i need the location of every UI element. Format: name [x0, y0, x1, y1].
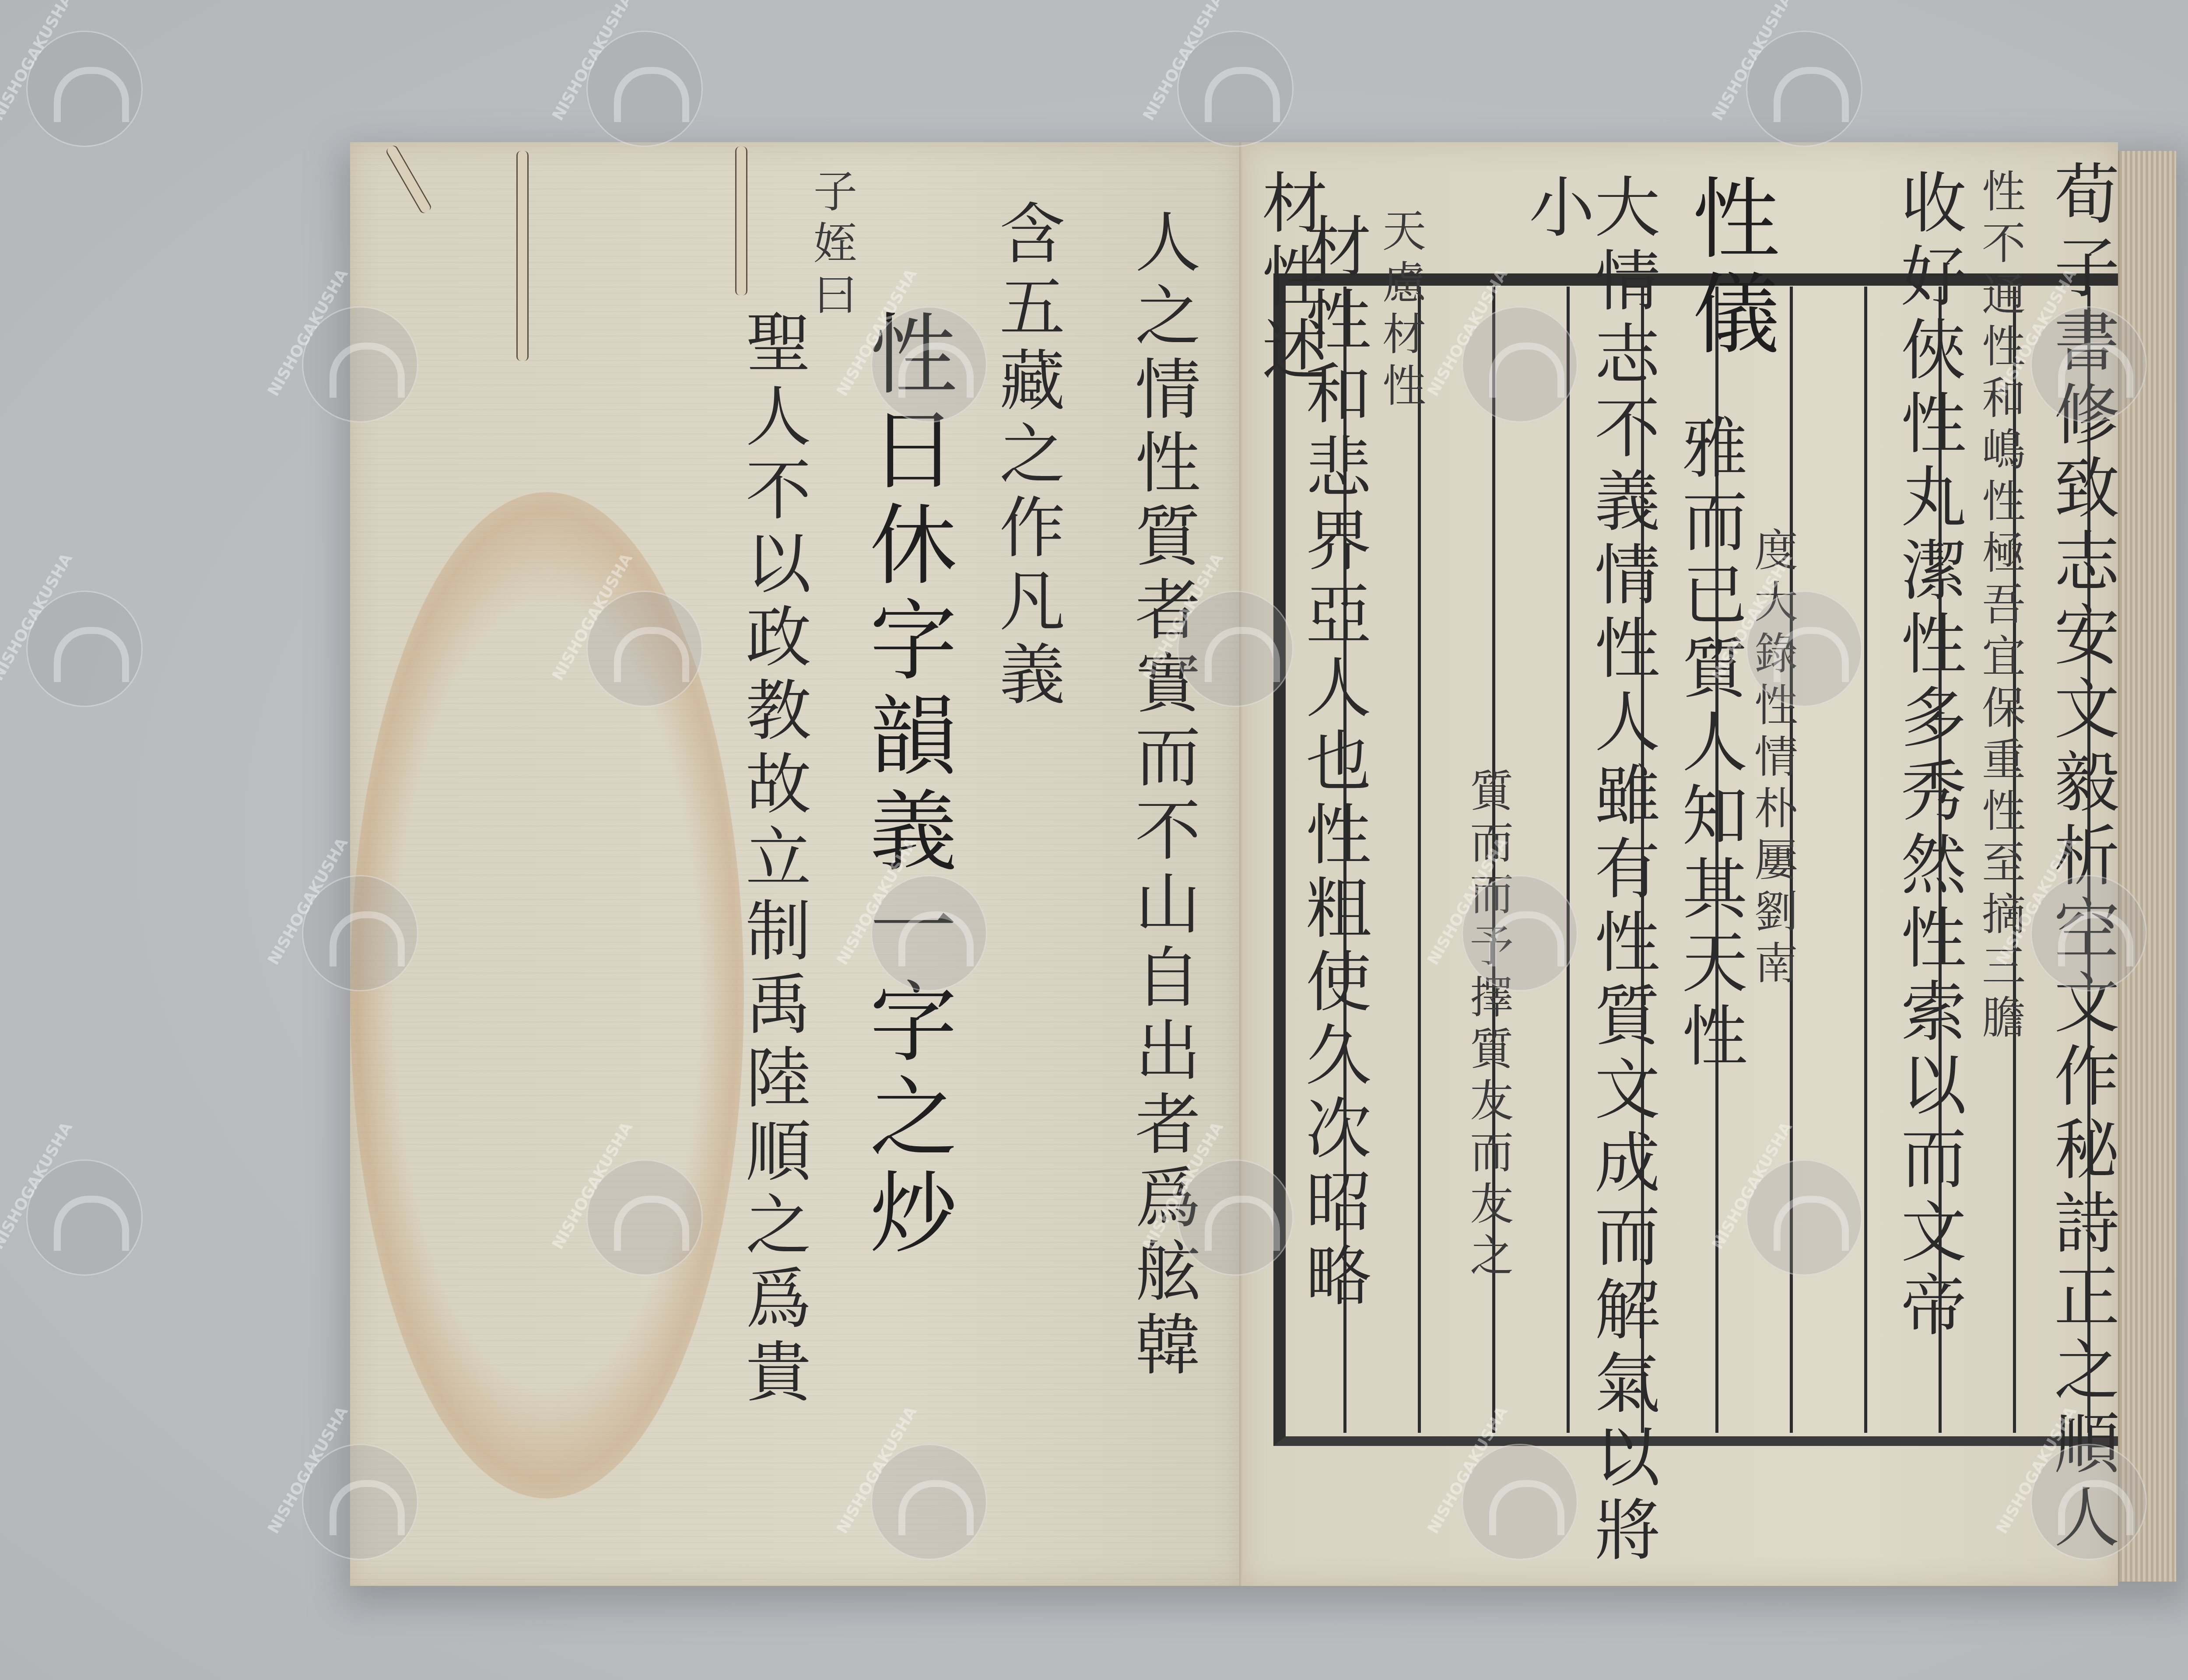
- watermark-text: NISHOGAKUSHA: [833, 1403, 921, 1537]
- watermark-text: NISHOGAKUSHA: [1140, 0, 1227, 124]
- watermark-logo-icon: [1177, 31, 1294, 147]
- watermark-layer: NISHOGAKUSHANISHOGAKUSHANISHOGAKUSHANISH…: [0, 0, 2188, 1680]
- watermark-text: NISHOGAKUSHA: [1424, 266, 1511, 399]
- watermark-text: NISHOGAKUSHA: [1708, 1119, 1796, 1253]
- watermark-text: NISHOGAKUSHA: [264, 266, 352, 399]
- watermark-logo-icon: [871, 875, 987, 991]
- watermark-logo-icon: [26, 31, 143, 147]
- watermark-text: NISHOGAKUSHA: [1140, 1119, 1227, 1253]
- watermark-logo-icon: [586, 591, 703, 707]
- watermark-logo-icon: [26, 591, 143, 707]
- watermark-text: NISHOGAKUSHA: [0, 0, 76, 124]
- watermark-text: NISHOGAKUSHA: [1424, 1403, 1511, 1537]
- watermark-text: NISHOGAKUSHA: [1708, 550, 1796, 684]
- watermark-text: NISHOGAKUSHA: [549, 0, 636, 124]
- watermark-text: NISHOGAKUSHA: [1993, 1403, 2080, 1537]
- watermark-logo-icon: [586, 31, 703, 147]
- watermark-text: NISHOGAKUSHA: [0, 1119, 76, 1253]
- watermark-text: NISHOGAKUSHA: [1993, 266, 2080, 399]
- watermark-logo-icon: [1177, 591, 1294, 707]
- watermark-logo-icon: [1462, 1444, 1578, 1560]
- watermark-text: NISHOGAKUSHA: [1424, 835, 1511, 968]
- watermark-text: NISHOGAKUSHA: [833, 266, 921, 399]
- watermark-logo-icon: [1462, 306, 1578, 423]
- watermark-logo-icon: [2030, 306, 2147, 423]
- watermark-text: NISHOGAKUSHA: [549, 550, 636, 684]
- watermark-text: NISHOGAKUSHA: [833, 835, 921, 968]
- watermark-text: NISHOGAKUSHA: [264, 1403, 352, 1537]
- watermark-logo-icon: [26, 1159, 143, 1276]
- watermark-text: NISHOGAKUSHA: [1708, 0, 1796, 124]
- watermark-logo-icon: [871, 306, 987, 423]
- watermark-logo-icon: [586, 1159, 703, 1276]
- watermark-logo-icon: [302, 306, 418, 423]
- watermark-text: NISHOGAKUSHA: [0, 550, 76, 684]
- watermark-text: NISHOGAKUSHA: [1993, 835, 2080, 968]
- watermark-text: NISHOGAKUSHA: [1140, 550, 1227, 684]
- watermark-logo-icon: [302, 875, 418, 991]
- watermark-logo-icon: [1746, 1159, 1862, 1276]
- watermark-logo-icon: [871, 1444, 987, 1560]
- watermark-logo-icon: [1177, 1159, 1294, 1276]
- watermark-logo-icon: [302, 1444, 418, 1560]
- watermark-text: NISHOGAKUSHA: [264, 835, 352, 968]
- watermark-text: NISHOGAKUSHA: [549, 1119, 636, 1253]
- watermark-logo-icon: [2030, 1444, 2147, 1560]
- watermark-logo-icon: [1746, 31, 1862, 147]
- watermark-logo-icon: [2030, 875, 2147, 991]
- watermark-logo-icon: [1462, 875, 1578, 991]
- watermark-logo-icon: [1746, 591, 1862, 707]
